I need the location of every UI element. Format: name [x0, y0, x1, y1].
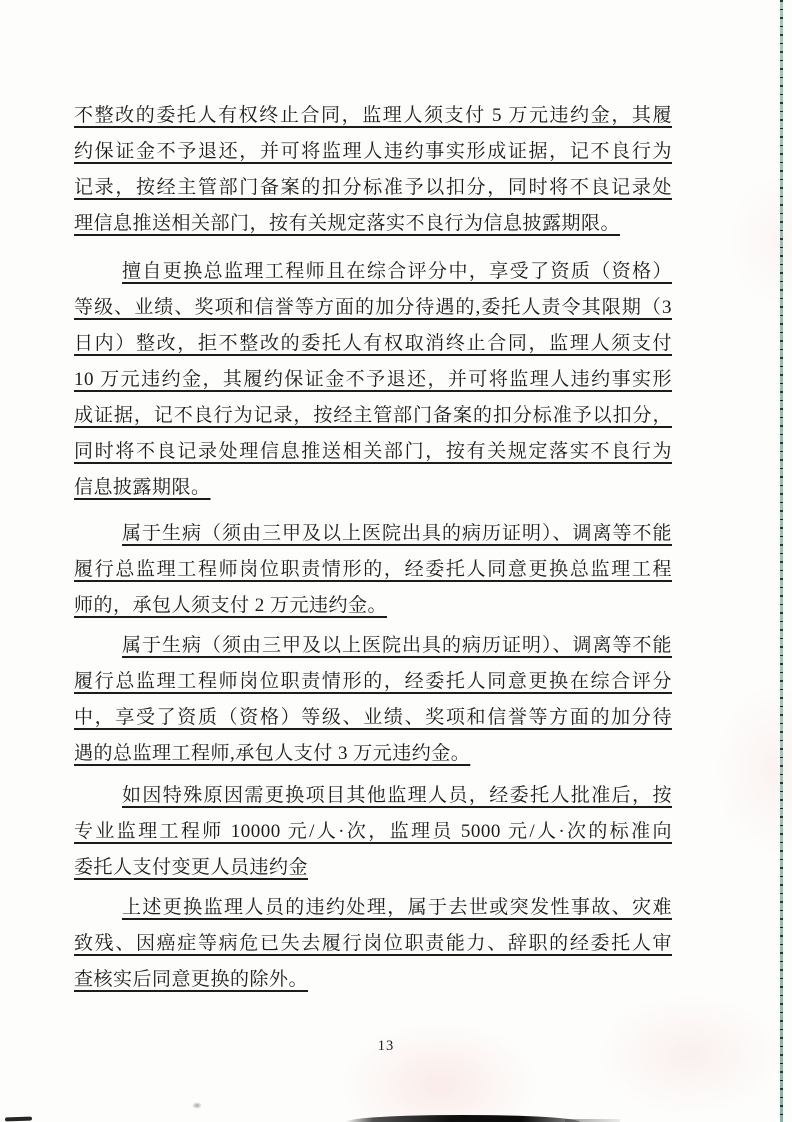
text-line: 信息披露期限。 — [74, 470, 672, 506]
text-line: 日内）整改，拒不整改的委托人有权取消终止合同，监理人须支付 — [74, 326, 672, 362]
text-line: 同时将不良记录处理信息推送相关部门，按有关规定落实不良行为 — [74, 434, 672, 470]
document-page: 不整改的委托人有权终止合同，监理人须支付 5 万元违约金，其履 约保证金不予退还… — [0, 0, 792, 1122]
paragraph: 如因特殊原因需更换项目其他监理人员，经委托人批准后，按 专业监理工程师 1000… — [74, 778, 672, 886]
text-line: 委托人支付变更人员违约金 — [74, 850, 672, 886]
text-block: 不整改的委托人有权终止合同，监理人须支付 5 万元违约金，其履 约保证金不予退还… — [74, 98, 672, 998]
text-line: 等级、业绩、奖项和信誉等方面的加分待遇的,委托人责令其限期（3 — [74, 290, 672, 326]
text-line: 属于生病（须由三甲及以上医院出具的病历证明）、调离等不能 — [74, 516, 672, 552]
text-line: 遇的总监理工程师,承包人支付 3 万元违约金。 — [74, 736, 672, 772]
text-line: 记录，按经主管部门备案的扣分标准予以扣分，同时将不良记录处 — [74, 170, 672, 206]
text-line: 上述更换监理人员的违约处理，属于去世或突发性事故、灾难 — [74, 890, 672, 926]
text-line: 中，享受了资质（资格）等级、业绩、奖项和信誉等方面的加分待 — [74, 700, 672, 736]
text-line: 约保证金不予退还，并可将监理人违约事实形成证据，记不良行为 — [74, 134, 672, 170]
text-line: 致残、因癌症等病危已失去履行岗位职责能力、辞职的经委托人审 — [74, 926, 672, 962]
paragraph: 上述更换监理人员的违约处理，属于去世或突发性事故、灾难 致残、因癌症等病危已失去… — [74, 890, 672, 998]
text-line: 10 万元违约金，其履约保证金不予退还，并可将监理人违约事实形 — [74, 362, 672, 398]
text-line: 履行总监理工程师岗位职责情形的，经委托人同意更换总监理工程 — [74, 552, 672, 588]
page-footer: 13 — [0, 1038, 772, 1055]
page-number: 13 — [378, 1038, 395, 1054]
text-line: 成证据，记不良行为记录，按经主管部门备案的扣分标准予以扣分， — [74, 398, 672, 434]
paragraph: 擅自更换总监理工程师且在综合评分中，享受了资质（资格） 等级、业绩、奖项和信誉等… — [74, 254, 672, 506]
text-line: 专业监理工程师 10000 元/人·次，监理员 5000 元/人·次的标准向 — [74, 814, 672, 850]
paragraph: 属于生病（须由三甲及以上医院出具的病历证明）、调离等不能 履行总监理工程师岗位职… — [74, 516, 672, 624]
text-line: 查核实后同意更换的除外。 — [74, 962, 672, 998]
scan-corner-mark — [5, 1117, 32, 1122]
text-line: 师的，承包人须支付 2 万元违约金。 — [74, 588, 672, 624]
scan-smudge — [192, 1102, 202, 1109]
text-line: 不整改的委托人有权终止合同，监理人须支付 5 万元违约金，其履 — [74, 98, 672, 134]
paragraph: 不整改的委托人有权终止合同，监理人须支付 5 万元违约金，其履 约保证金不予退还… — [74, 98, 672, 242]
text-line: 属于生病（须由三甲及以上医院出具的病历证明）、调离等不能 — [74, 628, 672, 664]
scan-edge-line — [780, 0, 783, 1122]
text-line: 理信息推送相关部门，按有关规定落实不良行为信息披露期限。 — [74, 206, 672, 242]
paragraph: 属于生病（须由三甲及以上医院出具的病历证明）、调离等不能 履行总监理工程师岗位职… — [74, 628, 672, 772]
text-line: 履行总监理工程师岗位职责情形的，经委托人同意更换在综合评分 — [74, 664, 672, 700]
scan-bottom-shadow — [345, 1115, 580, 1122]
text-line: 擅自更换总监理工程师且在综合评分中，享受了资质（资格） — [74, 254, 672, 290]
text-line: 如因特殊原因需更换项目其他监理人员，经委托人批准后，按 — [74, 778, 672, 814]
